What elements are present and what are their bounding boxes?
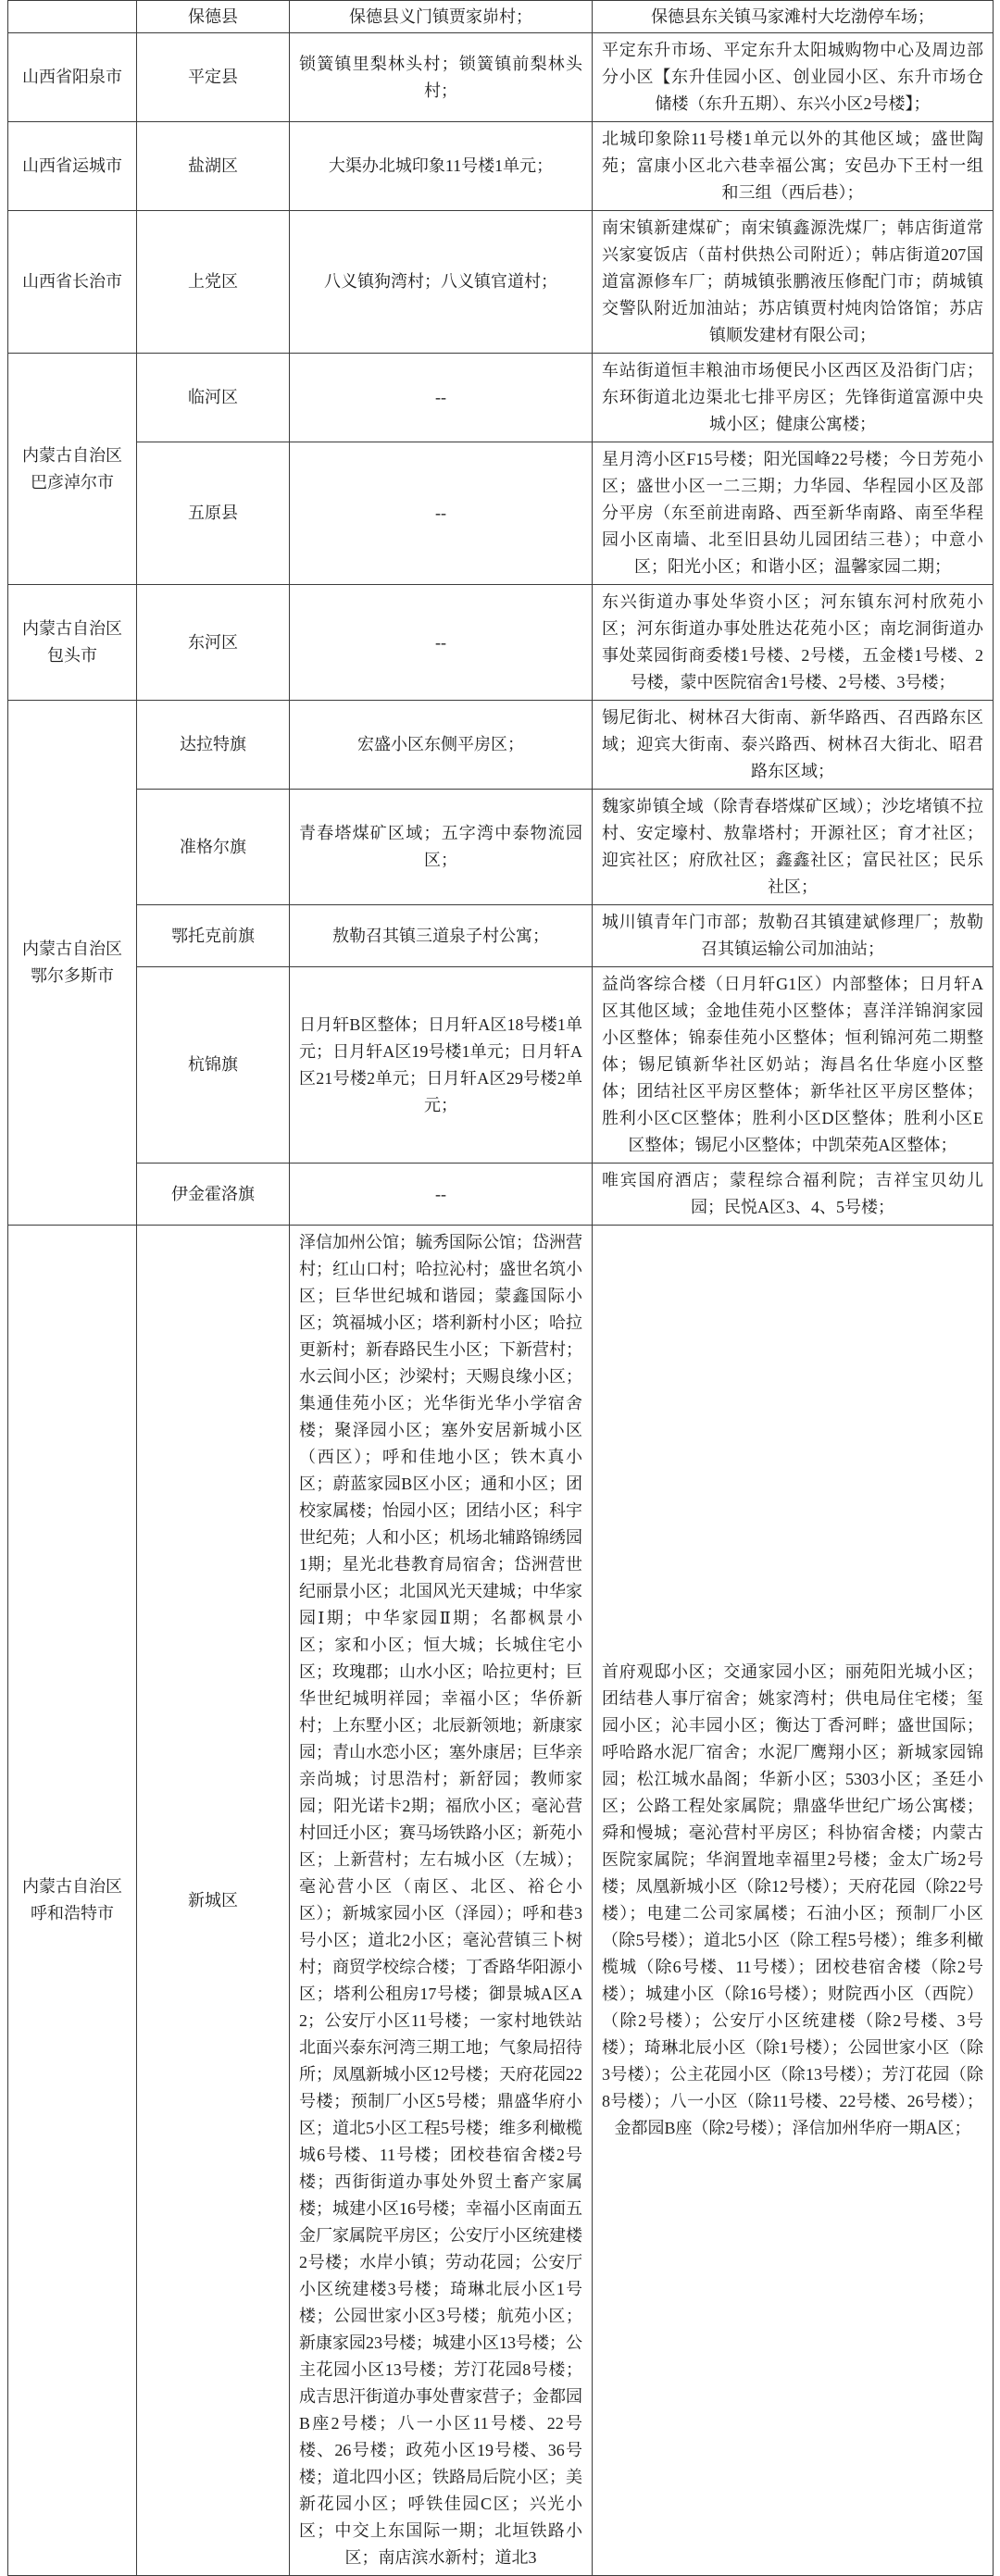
- table-row: 杭锦旗 日月轩B区整体；日月轩A区18号楼1单元；日月轩A区19号楼1单元；日月…: [8, 967, 994, 1164]
- table-row: 准格尔旗 青春塔煤矿区域；五字湾中泰物流园区； 魏家峁镇全域（除青春塔煤矿区域）…: [8, 790, 994, 905]
- area-cell-a: 日月轩B区整体；日月轩A区18号楼1单元；日月轩A区19号楼1单元；日月轩A区2…: [290, 967, 593, 1164]
- district-cell: 盐湖区: [137, 122, 290, 211]
- area-cell-b: 首府观邸小区；交通家园小区；丽苑阳光城小区；团结巷人事厅宿舍；姚家湾村；供电局住…: [593, 1226, 994, 2576]
- table-row: 山西省运城市 盐湖区 大渠办北城印象11号楼1单元； 北城印象除11号楼1单元以…: [8, 122, 994, 211]
- district-cell: 保德县: [137, 1, 290, 33]
- province-cell: 山西省长治市: [8, 211, 137, 354]
- table-row: 山西省阳泉市 平定县 锁簧镇里梨林头村；锁簧镇前梨林头村； 平定东升市场、平定东…: [8, 33, 994, 122]
- area-cell-b: 唯宾国府酒店；蒙程综合福利院；吉祥宝贝幼儿园；民悦A区3、4、5号楼；: [593, 1164, 994, 1226]
- district-cell: 临河区: [137, 354, 290, 442]
- province-cell: [8, 1, 137, 33]
- area-cell-b: 东兴街道办事处华资小区；河东镇东河村欣苑小区；河东街道办事处胜达花苑小区；南圪洞…: [593, 585, 994, 701]
- area-cell-a: --: [290, 585, 593, 701]
- area-cell-a: 宏盛小区东侧平房区；: [290, 701, 593, 790]
- area-cell-b: 平定东升市场、平定东升太阳城购物中心及周边部分小区【东升佳园小区、创业园小区、东…: [593, 33, 994, 122]
- area-cell-b: 城川镇青年门市部；敖勒召其镇建斌修理厂；敖勒召其镇运输公司加油站；: [593, 905, 994, 967]
- area-cell-b: 保德县东关镇马家滩村大圪渤停车场；: [593, 1, 994, 33]
- table-row: 五原县 -- 星月湾小区F15号楼；阳光国峰22号楼；今日芳苑小区；盛世小区一二…: [8, 442, 994, 585]
- district-cell: 杭锦旗: [137, 967, 290, 1164]
- province-cell: 内蒙古自治区鄂尔多斯市: [8, 701, 137, 1226]
- district-cell: 新城区: [137, 1226, 290, 2576]
- district-cell: 鄂托克前旗: [137, 905, 290, 967]
- table-row: 山西省长治市 上党区 八义镇狗湾村；八义镇官道村； 南宋镇新建煤矿；南宋镇鑫源洗…: [8, 211, 994, 354]
- risk-area-table: 保德县 保德县义门镇贾家峁村； 保德县东关镇马家滩村大圪渤停车场； 山西省阳泉市…: [7, 0, 994, 2576]
- area-cell-a: 保德县义门镇贾家峁村；: [290, 1, 593, 33]
- province-cell: 内蒙古自治区巴彦淖尔市: [8, 354, 137, 585]
- province-cell: 内蒙古自治区包头市: [8, 585, 137, 701]
- area-cell-a: 大渠办北城印象11号楼1单元；: [290, 122, 593, 211]
- district-cell: 五原县: [137, 442, 290, 585]
- district-cell: 上党区: [137, 211, 290, 354]
- area-cell-a: 青春塔煤矿区域；五字湾中泰物流园区；: [290, 790, 593, 905]
- district-cell: 达拉特旗: [137, 701, 290, 790]
- table-row: 内蒙古自治区包头市 东河区 -- 东兴街道办事处华资小区；河东镇东河村欣苑小区；…: [8, 585, 994, 701]
- district-cell: 准格尔旗: [137, 790, 290, 905]
- area-cell-a: 泽信加州公馆；毓秀国际公馆；岱洲营村；红山口村；哈拉沁村；盛世名筑小区；巨华世纪…: [290, 1226, 593, 2576]
- district-cell: 平定县: [137, 33, 290, 122]
- area-cell-a: 敖勒召其镇三道泉子村公寓；: [290, 905, 593, 967]
- area-cell-b: 南宋镇新建煤矿；南宋镇鑫源洗煤厂；韩店街道常兴家宴饭店（苗村供热公司附近）；韩店…: [593, 211, 994, 354]
- area-cell-b: 北城印象除11号楼1单元以外的其他区域；盛世陶苑；富康小区北六巷幸福公寓；安邑办…: [593, 122, 994, 211]
- area-cell-b: 车站街道恒丰粮油市场便民小区西区及沿街门店；东环街道北边渠北七排平房区；先锋街道…: [593, 354, 994, 442]
- province-cell: 山西省运城市: [8, 122, 137, 211]
- area-cell-a: 锁簧镇里梨林头村；锁簧镇前梨林头村；: [290, 33, 593, 122]
- table-row: 伊金霍洛旗 -- 唯宾国府酒店；蒙程综合福利院；吉祥宝贝幼儿园；民悦A区3、4、…: [8, 1164, 994, 1226]
- area-cell-a: 八义镇狗湾村；八义镇官道村；: [290, 211, 593, 354]
- table-row: 内蒙古自治区鄂尔多斯市 达拉特旗 宏盛小区东侧平房区； 锡尼街北、树林召大街南、…: [8, 701, 994, 790]
- table-row: 内蒙古自治区巴彦淖尔市 临河区 -- 车站街道恒丰粮油市场便民小区西区及沿街门店…: [8, 354, 994, 442]
- table-row: 鄂托克前旗 敖勒召其镇三道泉子村公寓； 城川镇青年门市部；敖勒召其镇建斌修理厂；…: [8, 905, 994, 967]
- district-cell: 伊金霍洛旗: [137, 1164, 290, 1226]
- district-cell: 东河区: [137, 585, 290, 701]
- document-page: 保德县 保德县义门镇贾家峁村； 保德县东关镇马家滩村大圪渤停车场； 山西省阳泉市…: [0, 0, 1000, 2576]
- area-cell-b: 益尚客综合楼（日月轩G1区）内部整体；日月轩A区其他区域；金地佳苑小区整体；喜洋…: [593, 967, 994, 1164]
- area-cell-b: 星月湾小区F15号楼；阳光国峰22号楼；今日芳苑小区；盛世小区一二三期；力华园、…: [593, 442, 994, 585]
- area-cell-b: 锡尼街北、树林召大街南、新华路西、召西路东区域；迎宾大街南、泰兴路西、树林召大街…: [593, 701, 994, 790]
- area-cell-b: 魏家峁镇全域（除青春塔煤矿区域）；沙圪堵镇不拉村、安定壕村、敖靠塔村；开源社区；…: [593, 790, 994, 905]
- table-row: 保德县 保德县义门镇贾家峁村； 保德县东关镇马家滩村大圪渤停车场；: [8, 1, 994, 33]
- area-cell-a: --: [290, 442, 593, 585]
- area-cell-a: --: [290, 354, 593, 442]
- province-cell: 山西省阳泉市: [8, 33, 137, 122]
- area-cell-a: --: [290, 1164, 593, 1226]
- province-cell: 内蒙古自治区呼和浩特市: [8, 1226, 137, 2576]
- table-row: 内蒙古自治区呼和浩特市 新城区 泽信加州公馆；毓秀国际公馆；岱洲营村；红山口村；…: [8, 1226, 994, 2576]
